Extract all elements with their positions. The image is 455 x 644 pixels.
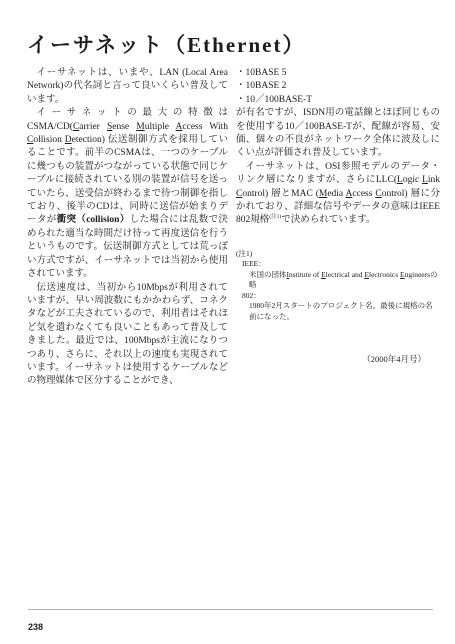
paragraph-osi-model: イーサネットは、OSI参照モデルのデータ・リンク層になりますが、さらにLLC(L… — [236, 161, 440, 228]
footnote-label: (注1) — [236, 249, 440, 260]
footnote-def-802: 1980年2月スタートのプロジェクト名。最後に規格の名前になった。 — [249, 301, 440, 322]
right-column: ・10BASE 5 ・10BASE 2 ・10／100BASE-T が有名ですが… — [236, 67, 440, 389]
footnote-term-ieee: IEEE： — [242, 259, 440, 270]
paragraph-intro: イーサネットは、いまや、LAN (Local Area Network)の代名詞… — [27, 67, 228, 107]
bullet-item-100baset: ・10／100BASE-T — [236, 94, 440, 107]
paragraph-evaluation: が有名ですが、ISDN用の電話線とほぼ同じものを使用する10／100BASE-T… — [236, 107, 440, 161]
paragraph-speed: 伝送速度は、当初から10Mbpsが利用されていますが、早い周波数にもかかわらず、… — [27, 282, 228, 389]
document-page: イーサネット（Ethernet） イーサネットは、いまや、LAN (Local … — [0, 0, 455, 644]
page-number: 238 — [28, 622, 43, 632]
footer-rule — [28, 609, 433, 610]
bullet-item-10base5: ・10BASE 5 — [236, 67, 440, 80]
page-content: イーサネット（Ethernet） イーサネットは、いまや、LAN (Local … — [27, 0, 440, 389]
bullet-item-10base2: ・10BASE 2 — [236, 80, 440, 93]
article-title: イーサネット（Ethernet） — [27, 30, 440, 60]
footnote-def-ieee: 米国の団体Institute of Electrical and Electro… — [249, 270, 440, 291]
two-column-body: イーサネットは、いまや、LAN (Local Area Network)の代名詞… — [27, 67, 440, 389]
footnote-block: (注1) IEEE： 米国の団体Institute of Electrical … — [236, 249, 440, 323]
left-column: イーサネットは、いまや、LAN (Local Area Network)の代名詞… — [27, 67, 228, 389]
paragraph-csma-cd: イーサネットの最大の特徴はCSMA/CD(Carrier Sense Multi… — [27, 107, 228, 281]
issue-date: （2000年4月号） — [236, 353, 440, 366]
footnote-term-802: 802： — [242, 291, 440, 302]
